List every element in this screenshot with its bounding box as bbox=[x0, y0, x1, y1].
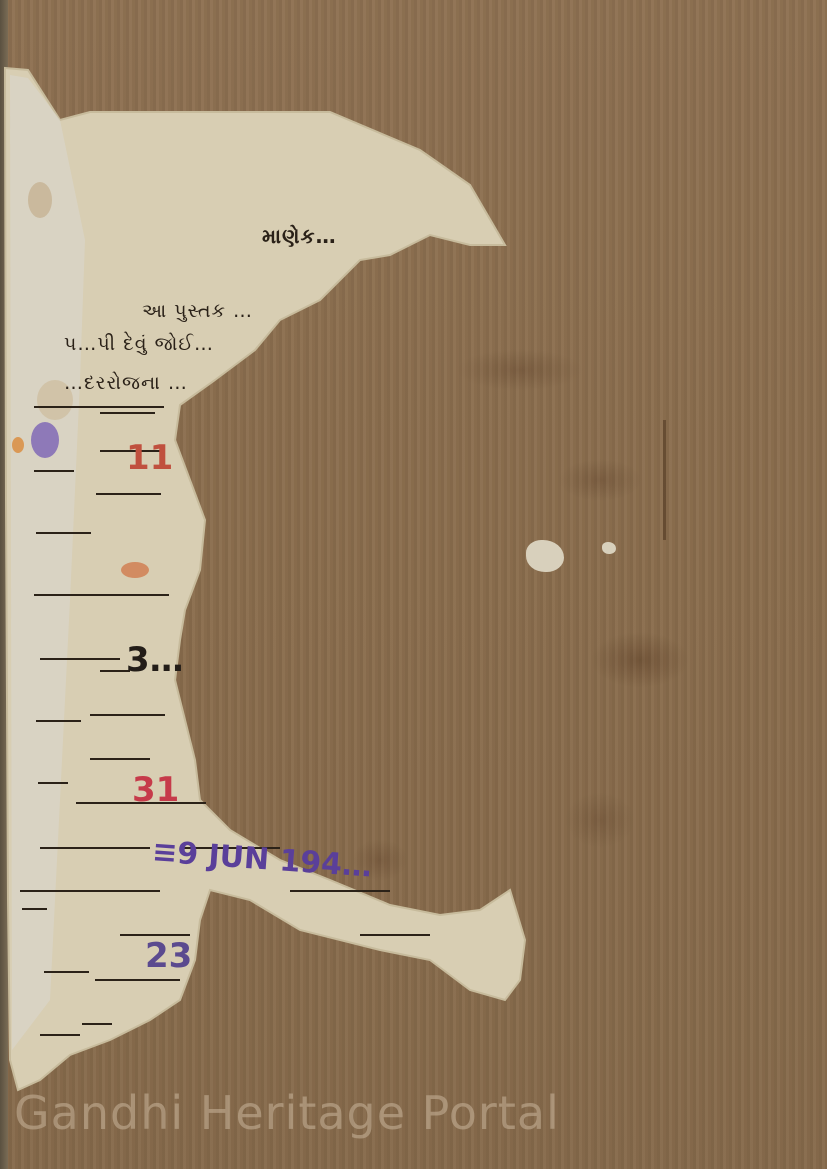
due-date-slip: માણેક… આ પુસ્તક … પ…પી દેવું જોઈ… …દરરોજ… bbox=[0, 0, 827, 1169]
date-stamp-3: 3… bbox=[126, 640, 184, 680]
slip-rule bbox=[90, 758, 150, 760]
date-stamp-11: 11 bbox=[126, 438, 173, 478]
slip-rule bbox=[36, 720, 81, 722]
slip-rule bbox=[34, 406, 164, 408]
slip-rule bbox=[40, 847, 150, 849]
torn-slip-shape bbox=[0, 0, 827, 1169]
slip-heading: માણેક… bbox=[262, 224, 337, 248]
slip-rule bbox=[22, 908, 47, 910]
slip-rule bbox=[20, 890, 160, 892]
slip-line-3: …દરરોજના … bbox=[64, 372, 188, 394]
slip-rule bbox=[44, 971, 89, 973]
slip-rule bbox=[95, 979, 180, 981]
slip-rule bbox=[34, 594, 169, 596]
slip-line-2: પ…પી દેવું જોઈ… bbox=[64, 333, 214, 355]
slip-rule bbox=[360, 934, 430, 936]
slip-rule bbox=[100, 412, 155, 414]
slip-rule bbox=[90, 714, 165, 716]
slip-line-1: આ પુસ્તક … bbox=[142, 300, 253, 322]
slip-rule bbox=[34, 470, 74, 472]
slip-rule bbox=[40, 658, 120, 660]
slip-rule bbox=[96, 493, 161, 495]
watermark: Gandhi Heritage Portal bbox=[14, 1086, 814, 1140]
slip-rule bbox=[40, 1034, 80, 1036]
date-stamp-23: 23 bbox=[145, 936, 192, 976]
date-stamp-31: 31 bbox=[132, 770, 179, 810]
slip-rule bbox=[82, 1023, 112, 1025]
slip-rule bbox=[38, 782, 68, 784]
slip-rule bbox=[290, 890, 390, 892]
slip-rule bbox=[36, 532, 91, 534]
